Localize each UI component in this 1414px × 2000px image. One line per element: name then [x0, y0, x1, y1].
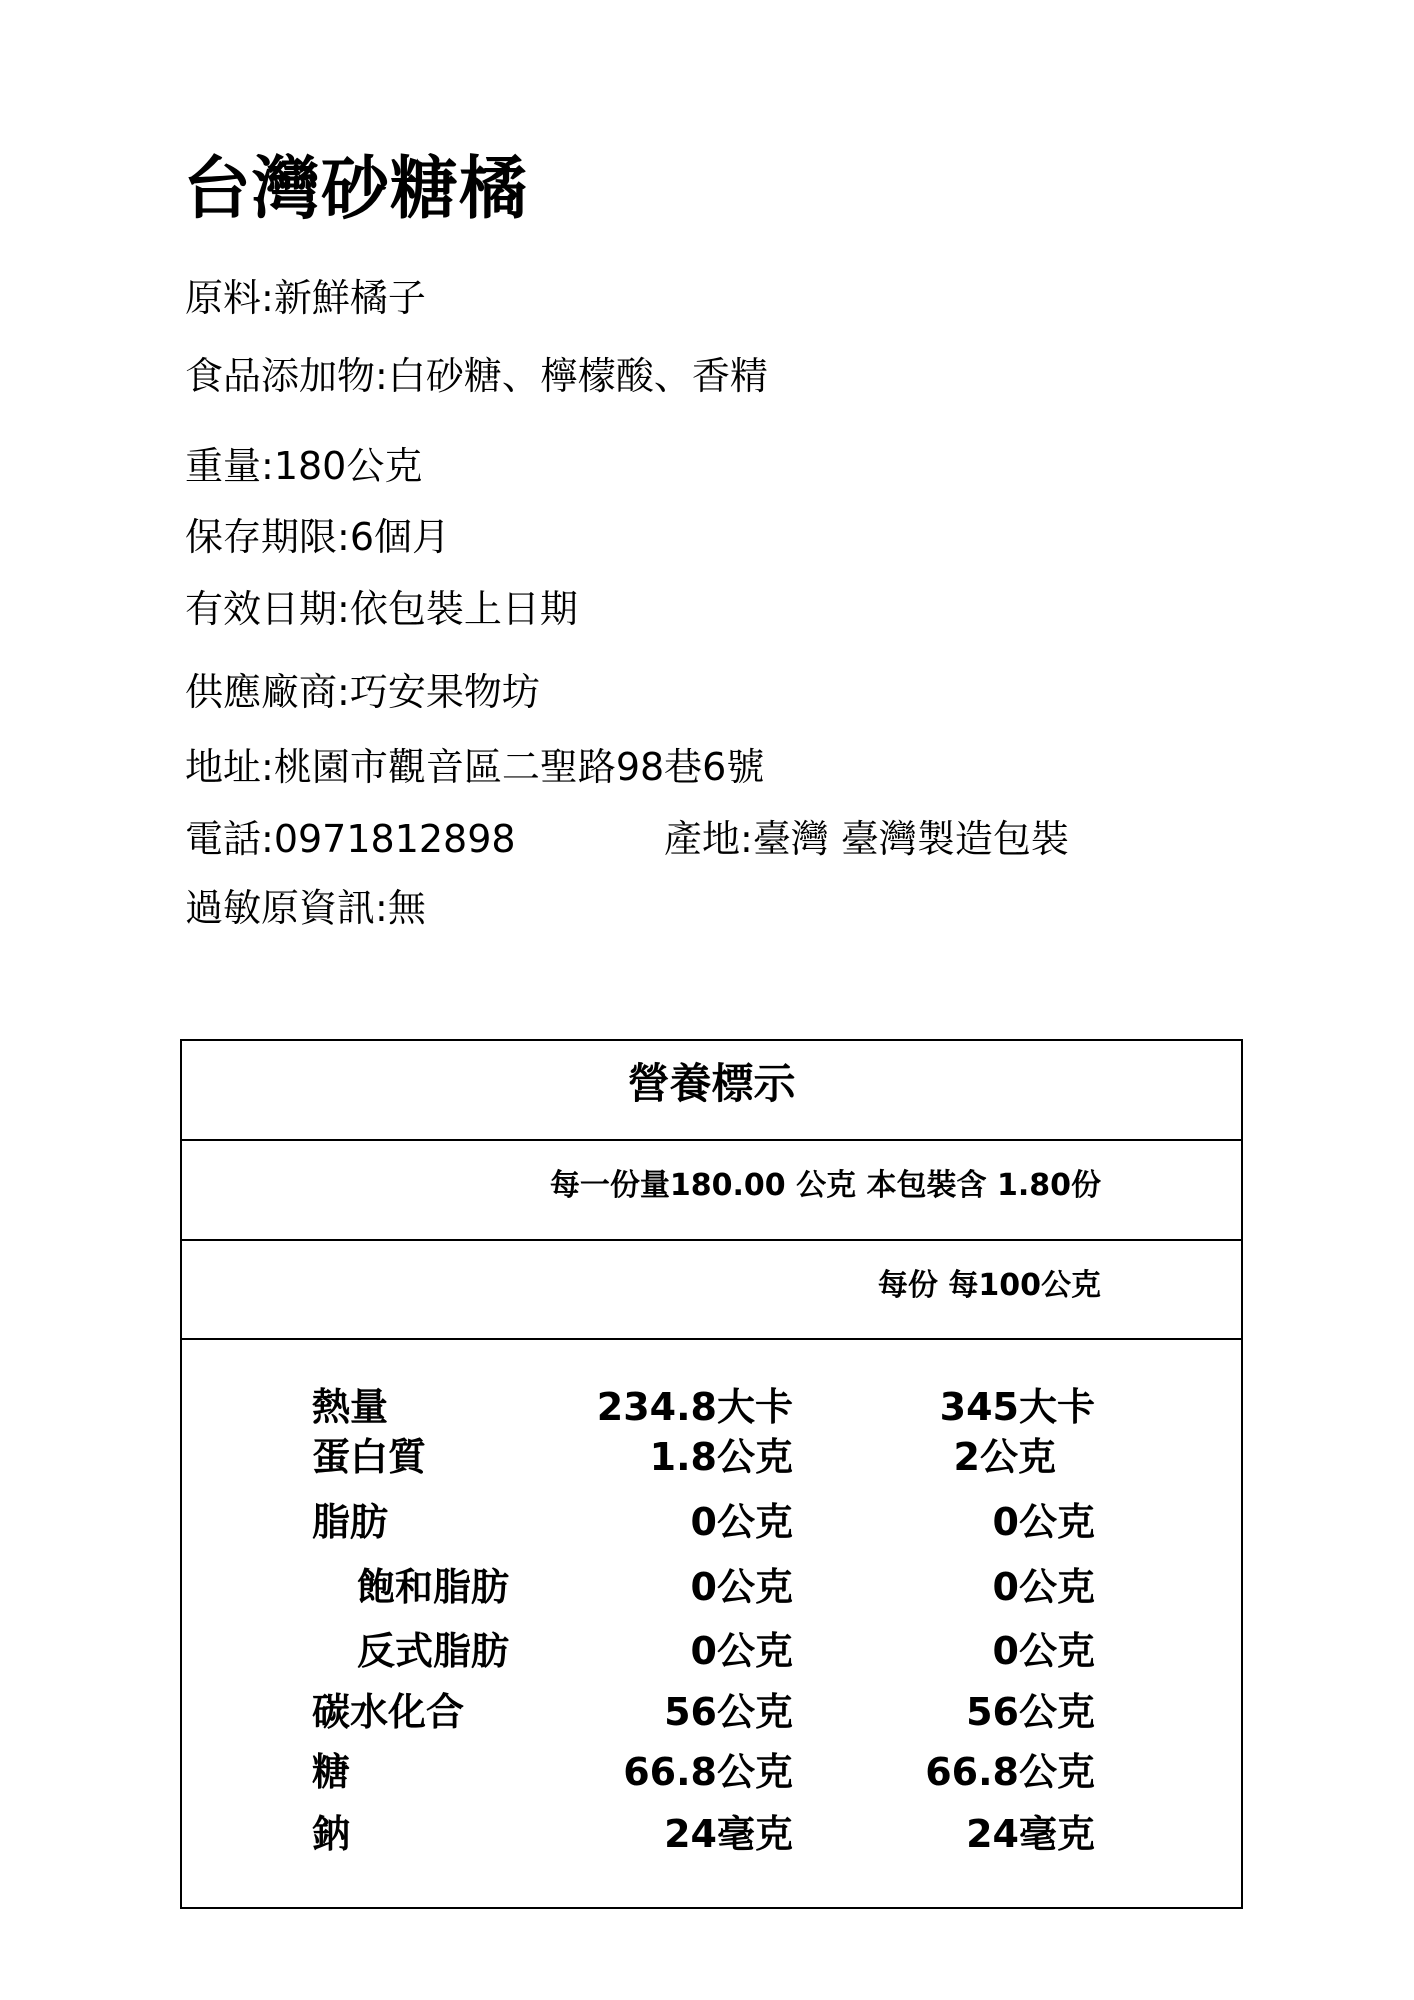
nutrient-per-100g: 56公克 — [966, 1687, 1095, 1737]
nutrient-name: 鈉 — [312, 1809, 350, 1859]
nutrient-name: 脂肪 — [312, 1497, 388, 1547]
additives-value: 白砂糖、檸檬酸、香精 — [388, 354, 768, 398]
nutrient-per-serving: 1.8公克 — [650, 1432, 793, 1482]
nutrient-name: 飽和脂肪 — [357, 1562, 509, 1612]
nutrient-name: 反式脂肪 — [357, 1626, 509, 1676]
nutrient-row-fat: 脂肪 0公克 0公克 — [182, 1497, 1241, 1547]
serving-size-text: 每一份量180.00 公克 本包裝含 1.80份 — [550, 1165, 1101, 1207]
info-shelf-life: 保存期限:6個月 — [185, 513, 450, 561]
nutrient-row-carbohydrate: 碳水化合 56公克 56公克 — [182, 1687, 1241, 1737]
nutrient-per-serving: 0公克 — [691, 1626, 793, 1676]
nutrition-serving-row: 每一份量180.00 公克 本包裝含 1.80份 — [182, 1141, 1241, 1241]
nutrient-row-sugar: 糖 66.8公克 66.8公克 — [182, 1747, 1241, 1797]
nutrient-per-serving: 66.8公克 — [623, 1747, 793, 1797]
nutrient-per-serving: 234.8大卡 — [597, 1382, 793, 1432]
phone-value: 0971812898 — [274, 817, 516, 861]
nutrient-per-100g: 0公克 — [993, 1497, 1095, 1547]
info-additives: 食品添加物:白砂糖、檸檬酸、香精 — [185, 352, 768, 400]
nutrition-title-row: 營養標示 — [182, 1041, 1241, 1141]
shelf-life-label: 保存期限: — [185, 515, 350, 559]
nutrient-per-100g: 66.8公克 — [925, 1747, 1095, 1797]
nutrient-name: 糖 — [312, 1747, 350, 1797]
nutrition-column-header-row: 每份 每100公克 — [182, 1241, 1241, 1340]
nutrient-row-saturated-fat: 飽和脂肪 0公克 0公克 — [182, 1562, 1241, 1612]
expiry-label: 有效日期: — [185, 587, 350, 631]
shelf-life-value: 6個月 — [350, 515, 450, 559]
nutrient-per-serving: 24毫克 — [664, 1809, 793, 1859]
address-label: 地址: — [185, 745, 274, 789]
nutrition-facts-table: 營養標示 每一份量180.00 公克 本包裝含 1.80份 每份 每100公克 … — [180, 1039, 1243, 1909]
phone-label: 電話: — [185, 817, 274, 861]
info-supplier: 供應廠商:巧安果物坊 — [185, 668, 540, 716]
info-expiry: 有效日期:依包裝上日期 — [185, 585, 578, 633]
nutrient-name: 熱量 — [312, 1382, 388, 1432]
allergen-label: 過敏原資訊: — [185, 886, 388, 930]
column-headers: 每份 每100公克 — [878, 1265, 1101, 1307]
supplier-value: 巧安果物坊 — [350, 670, 540, 714]
nutrient-name: 蛋白質 — [312, 1432, 426, 1482]
info-weight: 重量:180公克 — [185, 442, 422, 490]
additives-label: 食品添加物: — [185, 354, 388, 398]
nutrient-row-calories: 熱量 234.8大卡 345大卡 — [182, 1382, 1241, 1432]
weight-label: 重量: — [185, 444, 274, 488]
nutrient-per-100g: 24毫克 — [966, 1809, 1095, 1859]
nutrient-row-sodium: 鈉 24毫克 24毫克 — [182, 1809, 1241, 1859]
nutrition-title: 營養標示 — [182, 1057, 1241, 1111]
address-value: 桃園市觀音區二聖路98巷6號 — [274, 745, 765, 789]
ingredients-value: 新鮮橘子 — [274, 276, 426, 320]
nutrient-per-serving: 56公克 — [664, 1687, 793, 1737]
origin-label: 產地: — [664, 817, 753, 861]
nutrient-per-100g: 2公克 — [954, 1432, 1056, 1482]
info-address: 地址:桃園市觀音區二聖路98巷6號 — [185, 743, 764, 791]
nutrient-per-100g: 345大卡 — [940, 1382, 1095, 1432]
nutrient-per-serving: 0公克 — [691, 1497, 793, 1547]
expiry-value: 依包裝上日期 — [350, 587, 578, 631]
nutrient-per-100g: 0公克 — [993, 1626, 1095, 1676]
info-origin: 產地:臺灣 臺灣製造包裝 — [664, 815, 1069, 863]
info-ingredients: 原料:新鮮橘子 — [185, 274, 426, 322]
nutrient-row-trans-fat: 反式脂肪 0公克 0公克 — [182, 1626, 1241, 1676]
info-allergen: 過敏原資訊:無 — [185, 884, 426, 932]
ingredients-label: 原料: — [185, 276, 274, 320]
supplier-label: 供應廠商: — [185, 670, 350, 714]
nutrient-name: 碳水化合 — [312, 1687, 464, 1737]
allergen-value: 無 — [388, 886, 426, 930]
nutrient-per-serving: 0公克 — [691, 1562, 793, 1612]
origin-value: 臺灣 臺灣製造包裝 — [753, 817, 1069, 861]
nutrient-per-100g: 0公克 — [993, 1562, 1095, 1612]
product-title: 台灣砂糖橘 — [183, 145, 528, 235]
info-phone: 電話:0971812898 — [185, 815, 516, 863]
weight-value: 180公克 — [274, 444, 423, 488]
nutrient-row-protein: 蛋白質 1.8公克 2公克 — [182, 1432, 1241, 1482]
